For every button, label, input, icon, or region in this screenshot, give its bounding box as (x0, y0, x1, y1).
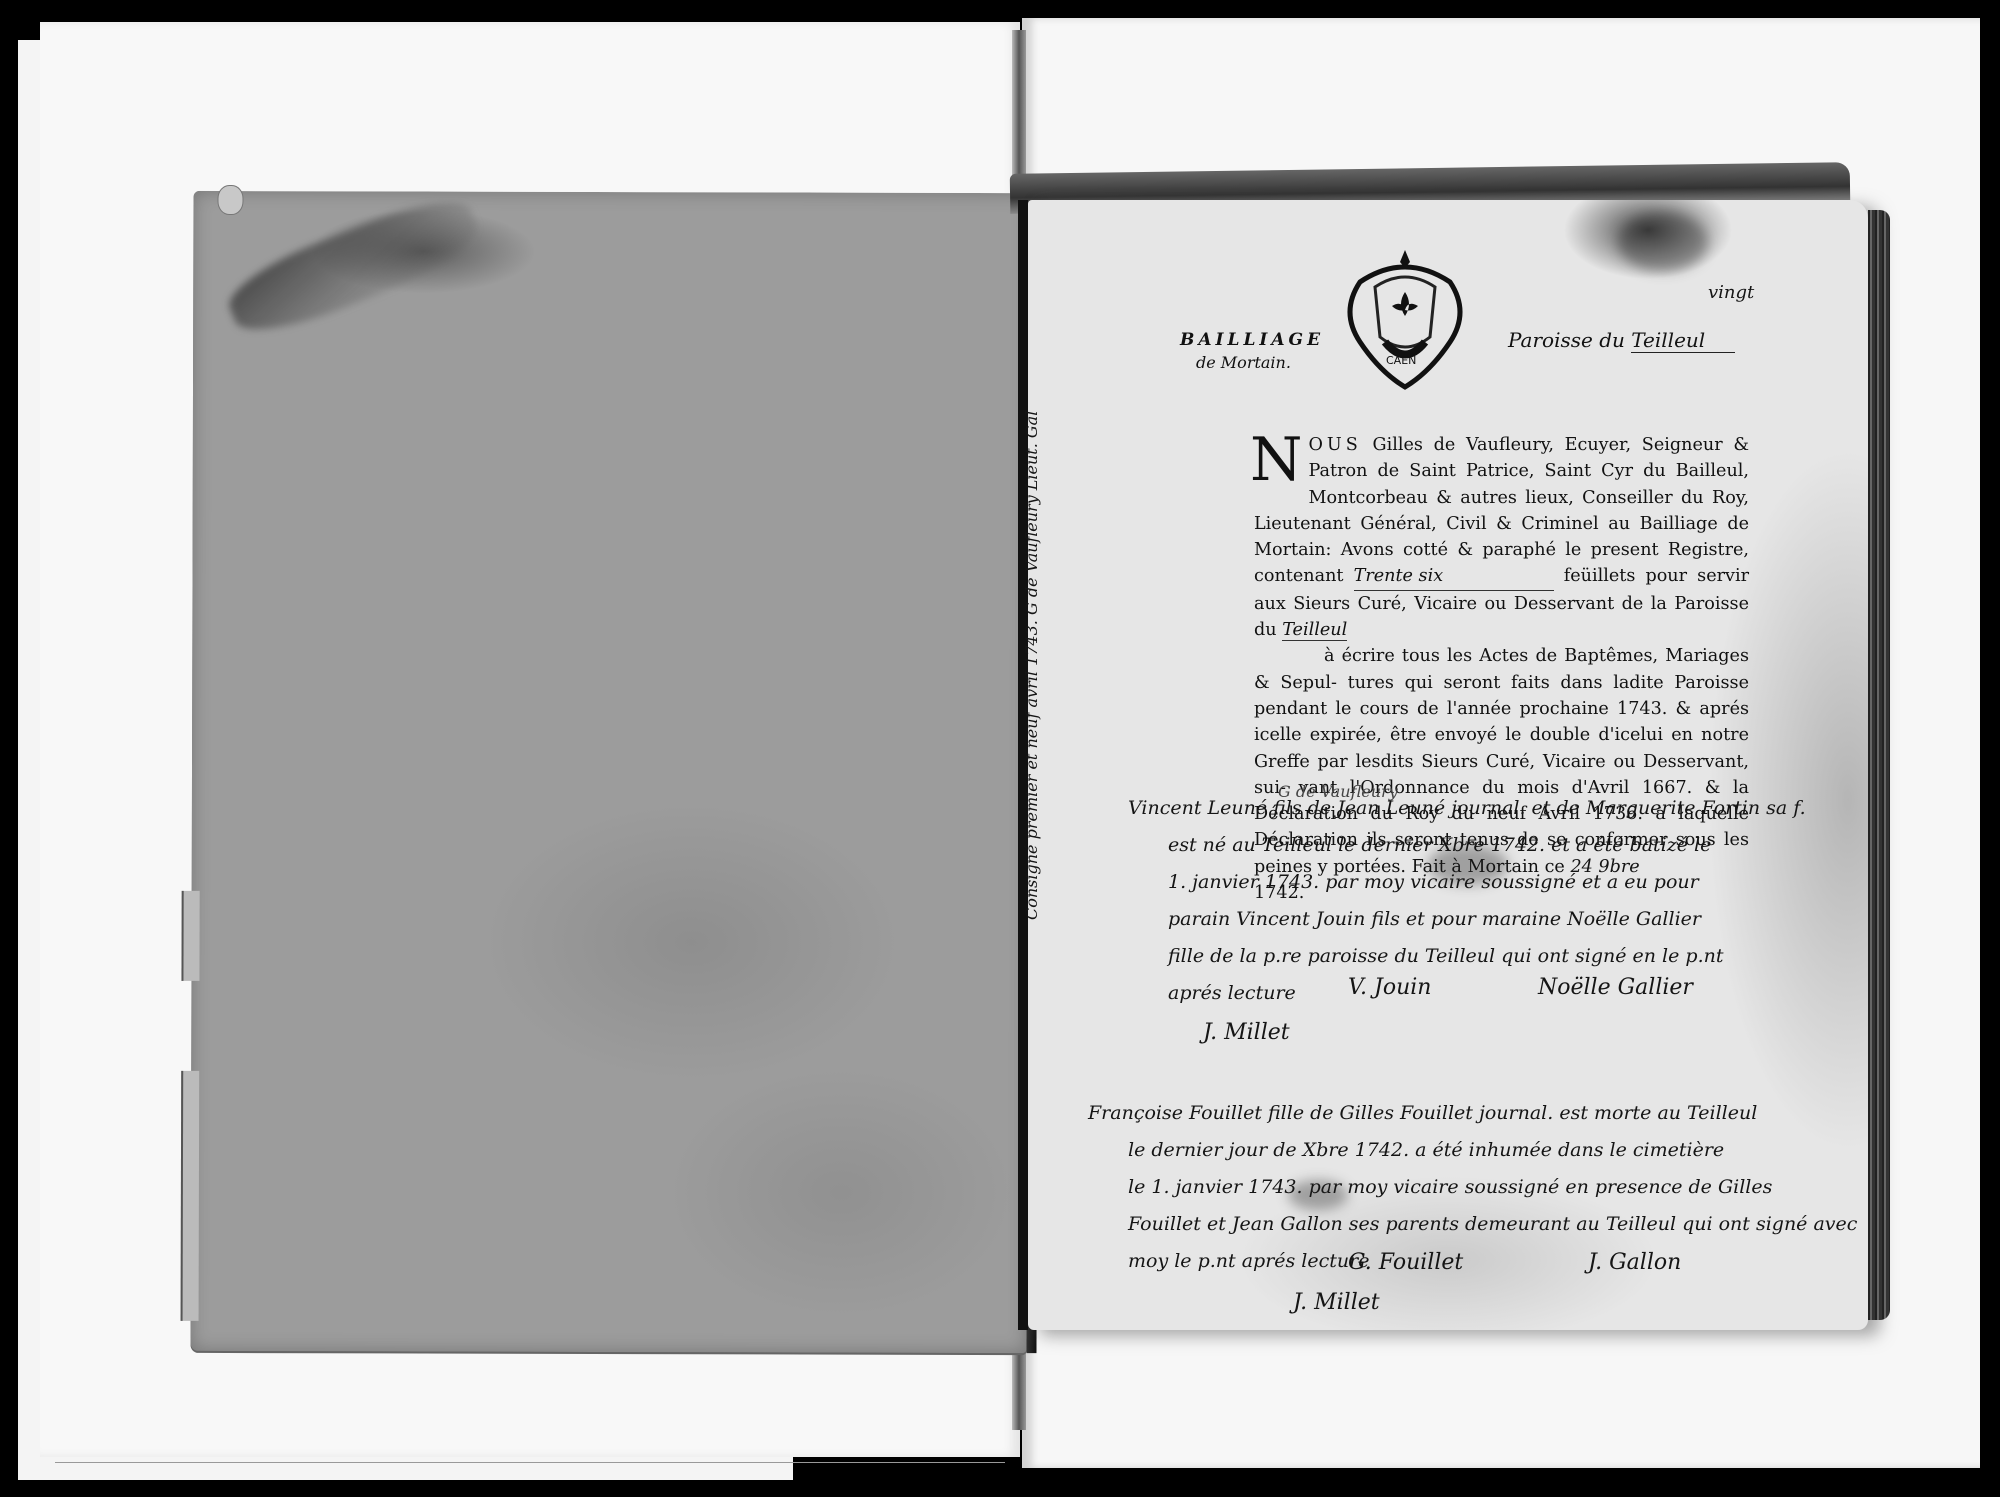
signature-gallier: Noëlle Gallier (1538, 975, 1693, 1000)
cover-tab (217, 185, 243, 215)
signature-gallon: J. Gallon (1588, 1250, 1681, 1275)
entry-line: Françoise Fouillet fille de Gilles Fouil… (1088, 1095, 1788, 1132)
fleur-de-lis-seal-icon: CAEN (1330, 242, 1480, 392)
entry-line: Vincent Leuné fils de Jean Leuné journal… (1128, 790, 1828, 827)
entry-line: parain Vincent Jouin fils et pour marain… (1128, 901, 1828, 938)
cover-tear (181, 1071, 200, 1321)
margin-note-handwritten: Consigné premier et neuf avril 1743. G d… (1022, 411, 1041, 920)
svg-text:CAEN: CAEN (1386, 354, 1416, 367)
ink-blot (1428, 845, 1508, 885)
jurisdiction-title: BAILLIAGE (1180, 330, 1324, 350)
entry-line: Fouillet et Jean Gallon ses parents deme… (1088, 1206, 1788, 1243)
parish-name-handwritten: Teilleul (1631, 328, 1735, 353)
entry-line: aprés lecture (1128, 975, 1828, 1012)
page-stack-edge (1868, 210, 1890, 1320)
ink-blot (1288, 1180, 1348, 1210)
parish-line: Paroisse du Teilleul (1508, 328, 1735, 352)
signature-jouin: V. Jouin (1348, 975, 1431, 1000)
sheet-edge-line (55, 1462, 1005, 1463)
leaf-count-handwritten: Trente six (1354, 563, 1554, 590)
register-entry-baptism: Vincent Leuné fils de Jean Leuné journal… (1128, 790, 1828, 1012)
corner-note-handwritten: vingt (1708, 282, 1754, 303)
entry-line: le 1. janvier 1743. par moy vicaire sous… (1088, 1169, 1788, 1206)
signature-fouillet: G. Fouillet (1348, 1250, 1463, 1275)
decree-opening: OUS (1309, 435, 1362, 455)
contenant-label: contenant (1254, 566, 1343, 586)
signature-millet: J. Millet (1203, 1020, 1290, 1045)
ink-blot (1618, 212, 1708, 272)
signature-millet-2: J. Millet (1293, 1290, 1380, 1315)
parish-fill-handwritten: Teilleul (1282, 620, 1347, 641)
parish-label: Paroisse du (1508, 328, 1625, 352)
cover-stain (220, 185, 487, 347)
register-page: BAILLIAGE de Mortain. CAEN Paroisse du T… (1028, 200, 1868, 1330)
entry-line: le dernier jour de Xbre 1742. a été inhu… (1088, 1132, 1788, 1169)
cover-tear (181, 891, 199, 981)
entry-line: fille de la p.re paroisse du Teilleul qu… (1128, 938, 1828, 975)
front-cover (190, 191, 1029, 1353)
jurisdiction-subtitle: de Mortain. (1196, 353, 1291, 372)
drop-cap: N (1250, 434, 1303, 486)
